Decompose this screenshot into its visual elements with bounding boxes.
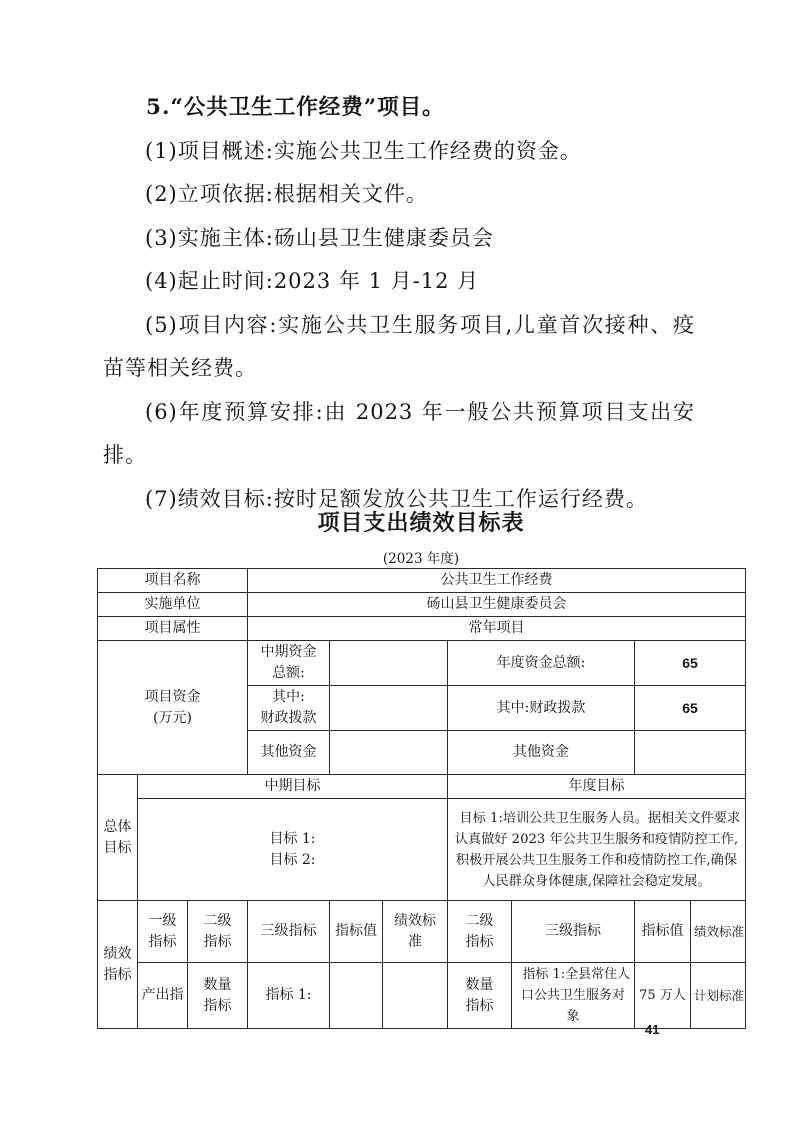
mid-other-value [330, 731, 448, 775]
indicator-level3-annual: 指标 1:全县常住人口公共卫生服务对象 [512, 963, 635, 1029]
paragraph-3: (3)实施主体:砀山县卫生健康委员会 [103, 217, 695, 261]
header-value-mid: 指标值 [330, 901, 383, 963]
table-title: 项目支出绩效目标表 [97, 506, 745, 537]
header-level1: 一级 指标 [138, 901, 188, 963]
body-text: 5.“公共卫生工作经费”项目。 (1)项目概述:实施公共卫生工作经费的资金。 (… [103, 86, 695, 521]
table-subtitle: (2023 年度) [97, 547, 745, 567]
paragraph-2: (2)立项依据:根据相关文件。 [103, 173, 695, 217]
row-project-attribute: 项目属性 常年项目 [98, 617, 746, 641]
implementing-unit-value: 砀山县卫生健康委员会 [248, 593, 746, 617]
paragraph-1: (1)项目概述:实施公共卫生工作经费的资金。 [103, 130, 695, 174]
row-implementing-unit: 实施单位 砀山县卫生健康委员会 [98, 593, 746, 617]
paragraph-5: (5)项目内容:实施公共卫生服务项目,儿童首次接种、疫苗等相关经费。 [103, 304, 695, 391]
header-level3-mid: 三级指标 [248, 901, 330, 963]
header-value-annual: 指标值 [635, 901, 691, 963]
row-project-name: 项目名称 公共卫生工作经费 [98, 569, 746, 593]
mid-total-value [330, 641, 448, 686]
performance-target-table: 项目名称 公共卫生工作经费 实施单位 砀山县卫生健康委员会 项目属性 常年项目 … [97, 568, 746, 1029]
annual-goal-content: 目标 1:培训公共卫生服务人员。据相关文件要求认真做好 2023 年公共卫生服务… [448, 799, 746, 901]
row-indicator-headers: 绩效指标 一级 指标 二级 指标 三级指标 指标值 绩效标 准 二级 指标 三级… [98, 901, 746, 963]
paragraph-4: (4)起止时间:2023 年 1 月-12 月 [103, 260, 695, 304]
section-heading: 5.“公共卫生工作经费”项目。 [103, 86, 695, 130]
annual-total-value: 65 [635, 641, 746, 686]
document-page: 5.“公共卫生工作经费”项目。 (1)项目概述:实施公共卫生工作经费的资金。 (… [0, 0, 793, 1122]
indicator-level1: 产出指 [138, 963, 188, 1029]
mid-total-label: 中期资金 总额: [248, 641, 330, 686]
page-number: 41 [645, 1022, 659, 1037]
mid-fiscal-label: 其中: 财政拨款 [248, 686, 330, 731]
project-attribute-label: 项目属性 [98, 617, 248, 641]
funding-row-label: 项目资金 (万元) [98, 641, 248, 775]
row-goal-headers: 总体目标 中期目标 年度目标 [98, 775, 746, 799]
annual-fiscal-label: 其中:财政拨款 [448, 686, 635, 731]
indicator-standard-mid [383, 963, 448, 1029]
annual-other-value [635, 731, 746, 775]
row-indicator-data: 产出指 数量 指标 指标 1: 数量 指标 指标 1:全县常住人口公共卫生服务对… [98, 963, 746, 1029]
implementing-unit-label: 实施单位 [98, 593, 248, 617]
performance-indicator-label: 绩效指标 [98, 901, 138, 1029]
annual-other-label: 其他资金 [448, 731, 635, 775]
indicator-standard-annual: 计划标准 [691, 963, 746, 1029]
row-goal-content: 目标 1: 目标 2: 目标 1:培训公共卫生服务人员。据相关文件要求认真做好 … [98, 799, 746, 901]
overall-goal-label: 总体目标 [98, 775, 138, 901]
mid-goal-header: 中期目标 [138, 775, 448, 799]
mid-fiscal-value [330, 686, 448, 731]
project-name-value: 公共卫生工作经费 [248, 569, 746, 593]
mid-goal-content: 目标 1: 目标 2: [138, 799, 448, 901]
indicator-level2-mid: 数量 指标 [188, 963, 248, 1029]
row-funding-total: 项目资金 (万元) 中期资金 总额: 年度资金总额: 65 [98, 641, 746, 686]
project-name-label: 项目名称 [98, 569, 248, 593]
header-standard-mid: 绩效标 准 [383, 901, 448, 963]
indicator-level2-annual: 数量 指标 [448, 963, 512, 1029]
indicator-value-mid [330, 963, 383, 1029]
header-level3-annual: 三级指标 [512, 901, 635, 963]
mid-other-label: 其他资金 [248, 731, 330, 775]
annual-total-label: 年度资金总额: [448, 641, 635, 686]
annual-fiscal-value: 65 [635, 686, 746, 731]
header-level2-annual: 二级 指标 [448, 901, 512, 963]
indicator-value-annual: 75 万人 [635, 963, 691, 1029]
annual-goal-header: 年度目标 [448, 775, 746, 799]
header-level2-mid: 二级 指标 [188, 901, 248, 963]
paragraph-6: (6)年度预算安排:由 2023 年一般公共预算项目支出安排。 [103, 391, 695, 478]
header-standard-annual: 绩效标准 [691, 901, 746, 963]
indicator-level3-mid: 指标 1: [248, 963, 330, 1029]
project-attribute-value: 常年项目 [248, 617, 746, 641]
